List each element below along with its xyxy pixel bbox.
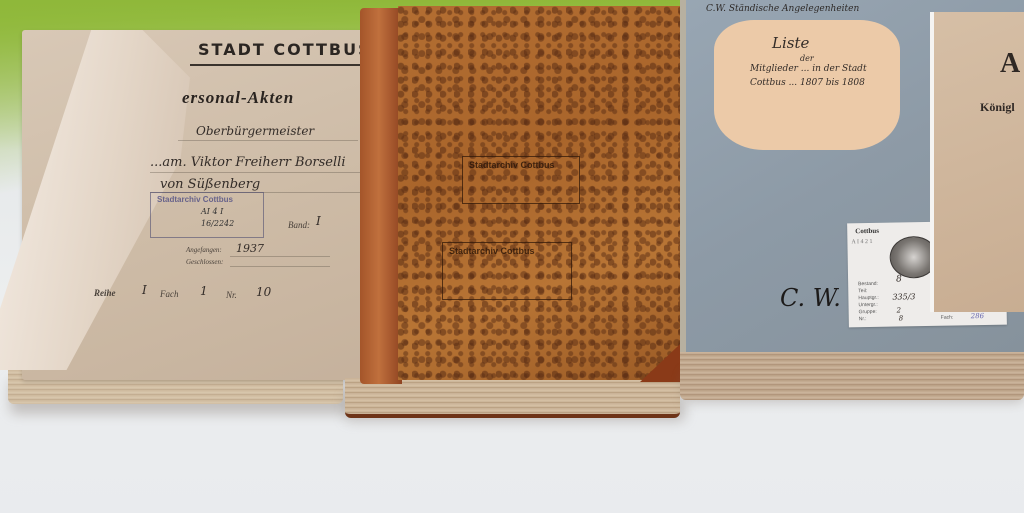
name-line-2: von Süßenberg: [160, 177, 260, 192]
card-value: 335/3: [892, 292, 915, 301]
marbled-stamp-bottom: Stadtarchiv Cottbus: [442, 242, 572, 300]
ledger-label-title: Liste: [772, 34, 809, 52]
ledger-top-text: C.W. Ständische Angelegenheiten: [706, 4, 859, 14]
folder-title: STADT COTTBUS: [198, 40, 372, 59]
card-field: Teil:: [858, 288, 867, 294]
card-value: 8: [896, 274, 902, 284]
stamp-text: Stadtarchiv Cottbus: [469, 160, 555, 170]
form-line: [230, 266, 330, 267]
stamp-header: Stadtarchiv Cottbus: [157, 195, 233, 204]
stamp-value-2: 16/2242: [201, 219, 234, 228]
form-line: [150, 172, 360, 173]
received-value: 1937: [236, 242, 264, 255]
shelf-value: 1: [200, 284, 208, 298]
form-line: [178, 140, 358, 141]
card-value: 8: [899, 314, 904, 322]
number-label: Nr.: [226, 290, 237, 300]
row-label: Reihe: [94, 288, 116, 298]
folder-subtitle: ersonal-Akten: [182, 88, 294, 108]
card-field: Nr.:: [859, 316, 867, 322]
archive-stamp: Stadtarchiv Cottbus AI 4 I 16/2242: [150, 192, 264, 238]
band-value: I: [316, 214, 321, 228]
shelf-label: Fach: [160, 289, 179, 299]
ledger-page-edges: [680, 350, 1024, 400]
card-field: Gruppe:: [859, 309, 877, 315]
marbled-book-spine: [360, 8, 402, 384]
row-value: I: [142, 283, 147, 297]
card-left-header: Cottbus: [855, 227, 879, 235]
partial-book-letter: A: [1000, 48, 1020, 80]
card-handwritten-ref: A I 4 2 1: [851, 239, 872, 245]
card-value: 2: [897, 306, 902, 314]
role-line: Oberbürgermeister: [196, 124, 314, 138]
name-line-1: ...am. Viktor Freiherr Borselli: [150, 155, 345, 170]
marbled-stamp-top: Stadtarchiv Cottbus: [462, 156, 580, 204]
closed-label: Geschlossen:: [186, 258, 223, 266]
card-value: 286: [971, 312, 985, 320]
card-field: Fach:: [941, 315, 954, 321]
form-line: [230, 256, 330, 257]
marbled-book-page-edges: [345, 378, 680, 418]
received-label: Angefangen:: [186, 246, 222, 254]
partial-book-text: Königl: [980, 100, 1015, 115]
stamp-text: Stadtarchiv Cottbus: [449, 246, 535, 256]
card-field: Hauptgr.:: [858, 295, 878, 301]
card-field: Bestand:: [858, 281, 878, 287]
number-value: 10: [256, 285, 271, 299]
stamp-value-1: AI 4 I: [201, 207, 223, 216]
ledger-label-line-1: der: [800, 54, 814, 63]
title-underline: [190, 64, 362, 66]
ledger-label-line-2: Mitglieder ... in der Stadt: [750, 64, 867, 74]
band-label: Band:: [288, 220, 310, 230]
ledger-label-line-3: Cottbus ... 1807 bis 1808: [750, 78, 865, 88]
card-field: Untergr.:: [858, 302, 877, 308]
